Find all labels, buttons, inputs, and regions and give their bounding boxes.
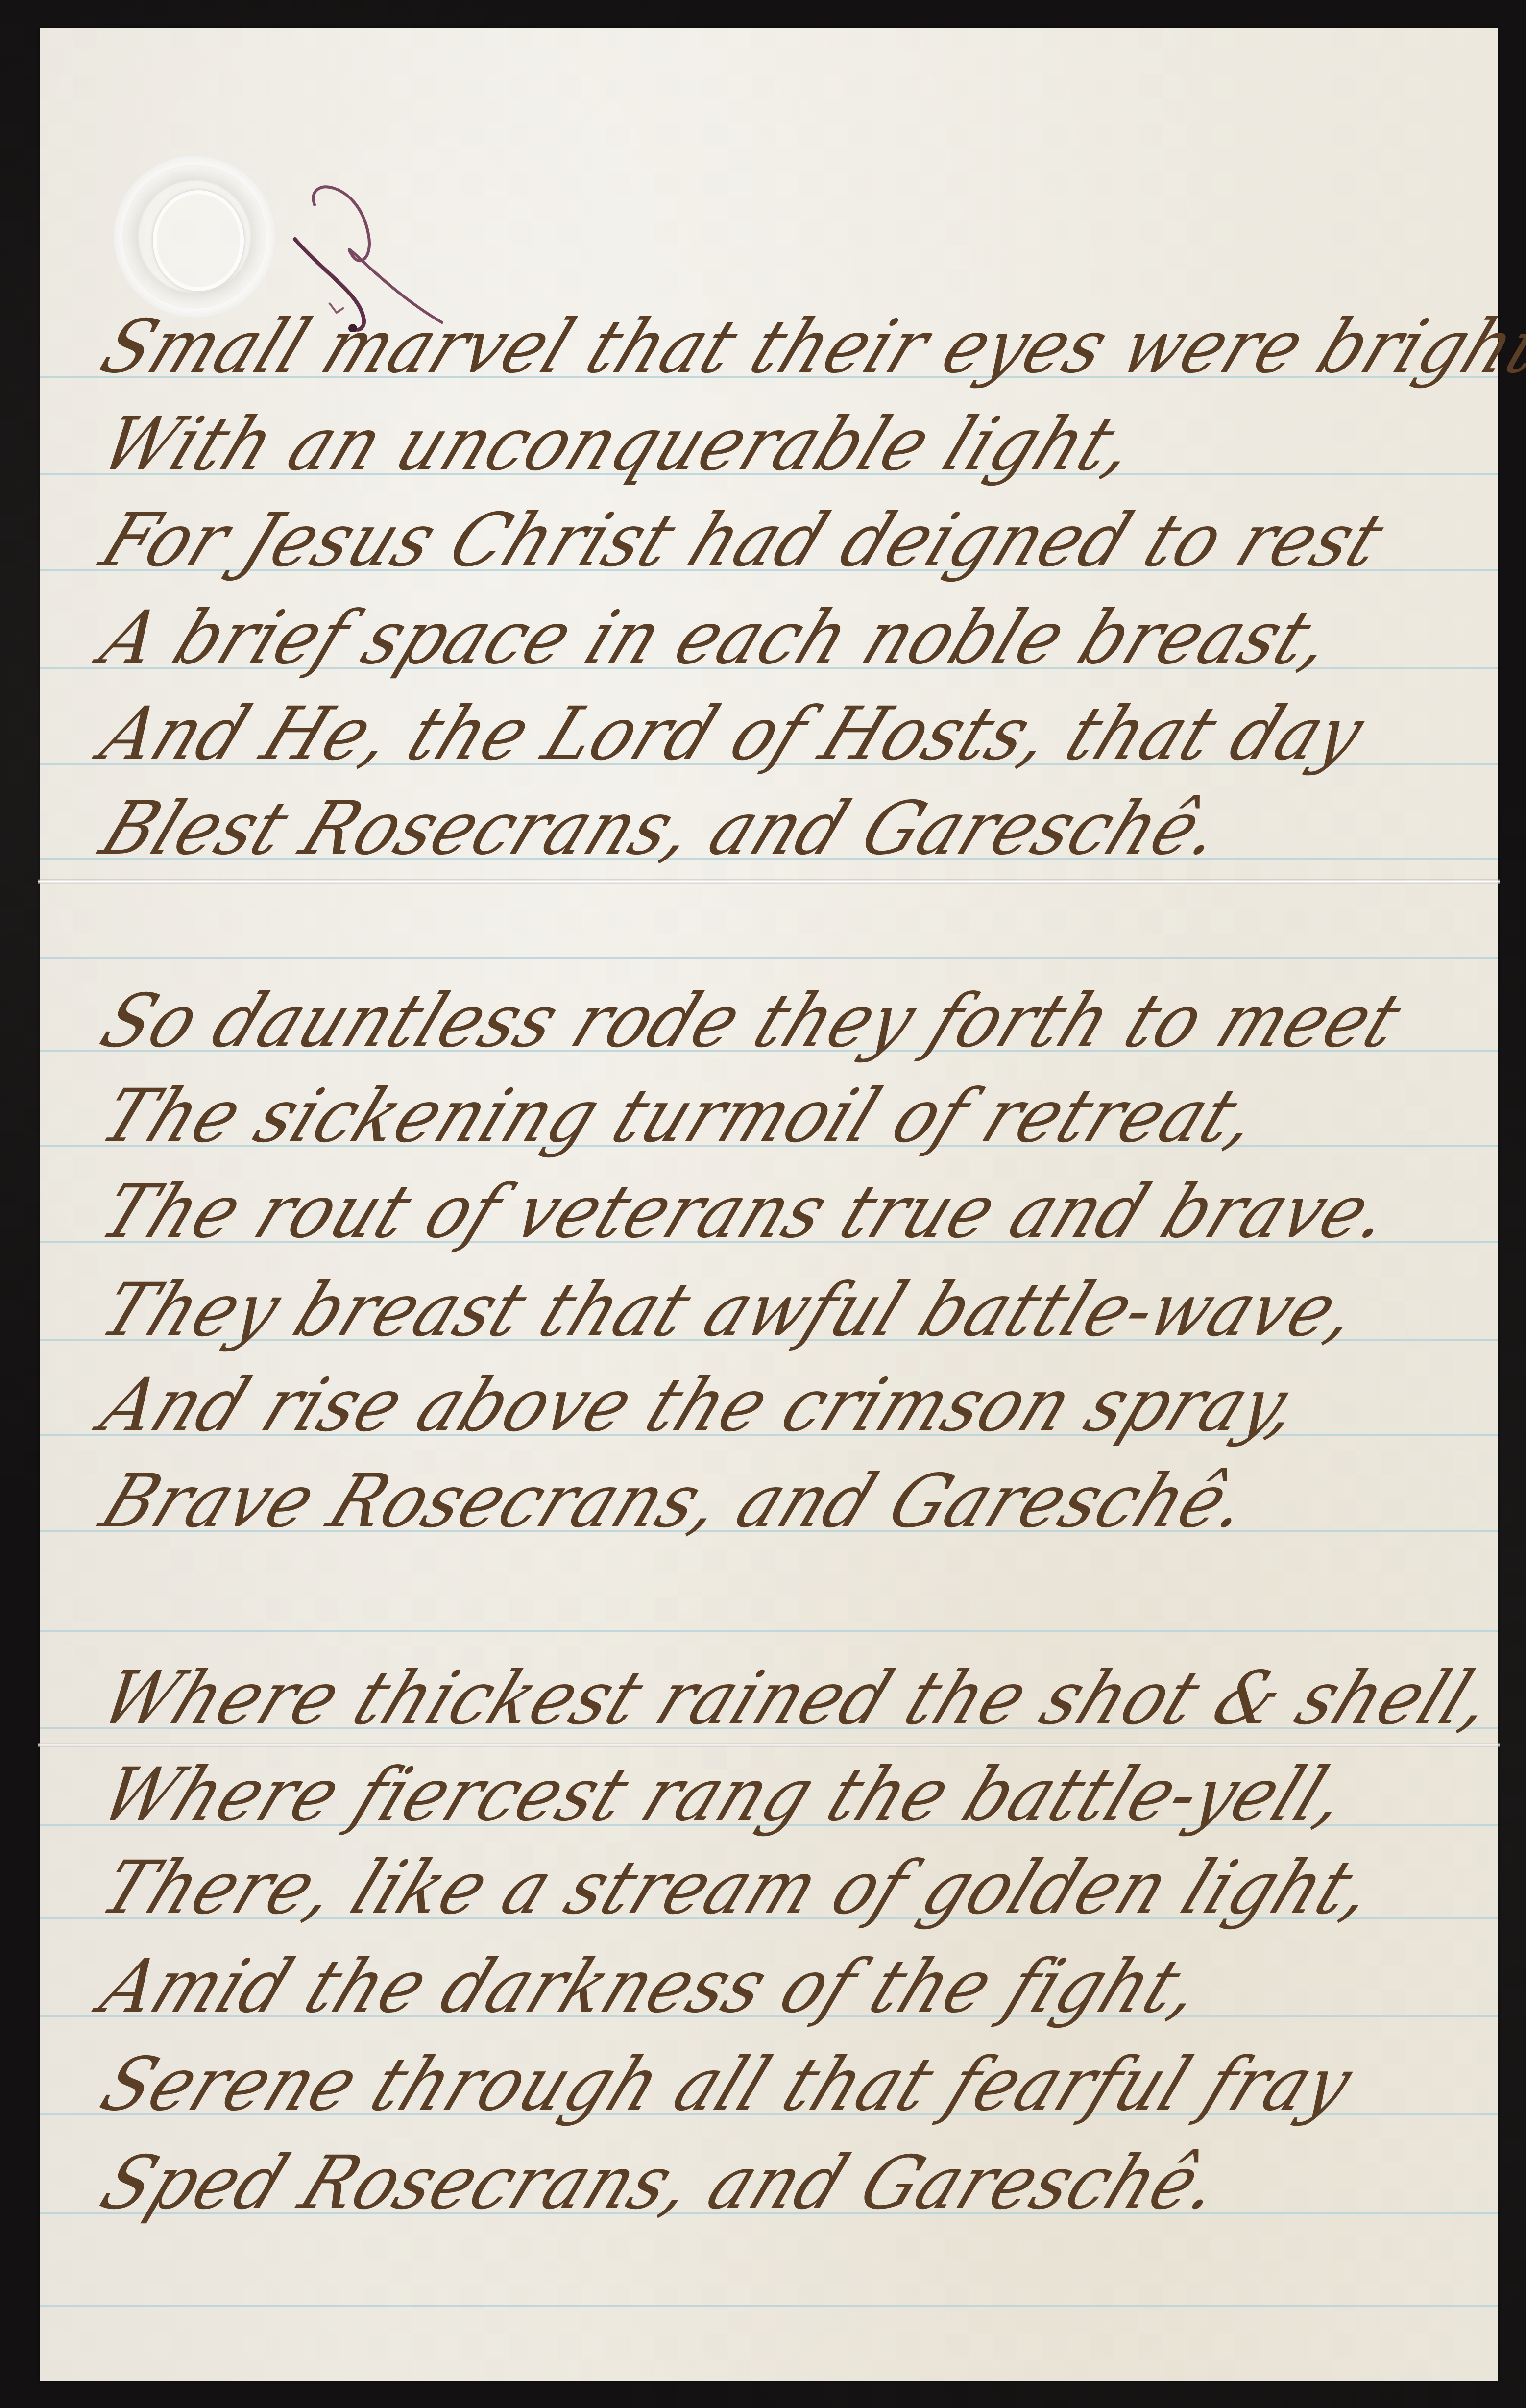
verse-line: And rise above the crimson spray, [92,1369,1312,1442]
fold-crease [38,1743,1500,1747]
verse-line: Brave Rosecrans, and Gareschê. [92,1465,1261,1538]
verse-line: A brief space in each noble breast, [92,601,1344,675]
verse-line: For Jesus Christ had deigned to rest [92,504,1394,577]
verse-line: The sickening turmoil of retreat, [92,1080,1270,1153]
verse-line: Small marvel that their eyes were bright [92,310,1526,384]
verse-line: Blest Rosecrans, and Gareschê. [92,792,1234,865]
seal-medallion [153,190,244,291]
verse-line: The rout of veterans true and brave. [92,1175,1403,1249]
verse-line: Sped Rosecrans, and Gareschê. [92,2146,1233,2220]
verse-line: So dauntless rode they forth to meet [92,984,1412,1058]
verse-line: Serene through all that fearful fray [92,2048,1363,2121]
ruled-line [40,957,1498,959]
verse-line: Amid the darkness of the fight, [92,1950,1213,2023]
verse-line: They breast that awful battle-wave, [92,1274,1370,1347]
manuscript-page: Small marvel that their eyes were bright… [40,28,1498,2381]
fold-crease [38,879,1500,884]
verse-line: Where fiercest rang the battle-yell, [92,1758,1359,1832]
ruled-line [40,1630,1498,1632]
verse-line: And He, the Lord of Hosts, that day [92,697,1375,771]
ruled-line [40,2305,1498,2307]
embossed-seal-icon [114,156,275,318]
verse-line: Where thickest rained the shot & shell, [92,1662,1505,1735]
verse-line: There, like a stream of golden light, [92,1851,1386,1925]
verse-line: With an unconquerable light, [92,408,1148,481]
